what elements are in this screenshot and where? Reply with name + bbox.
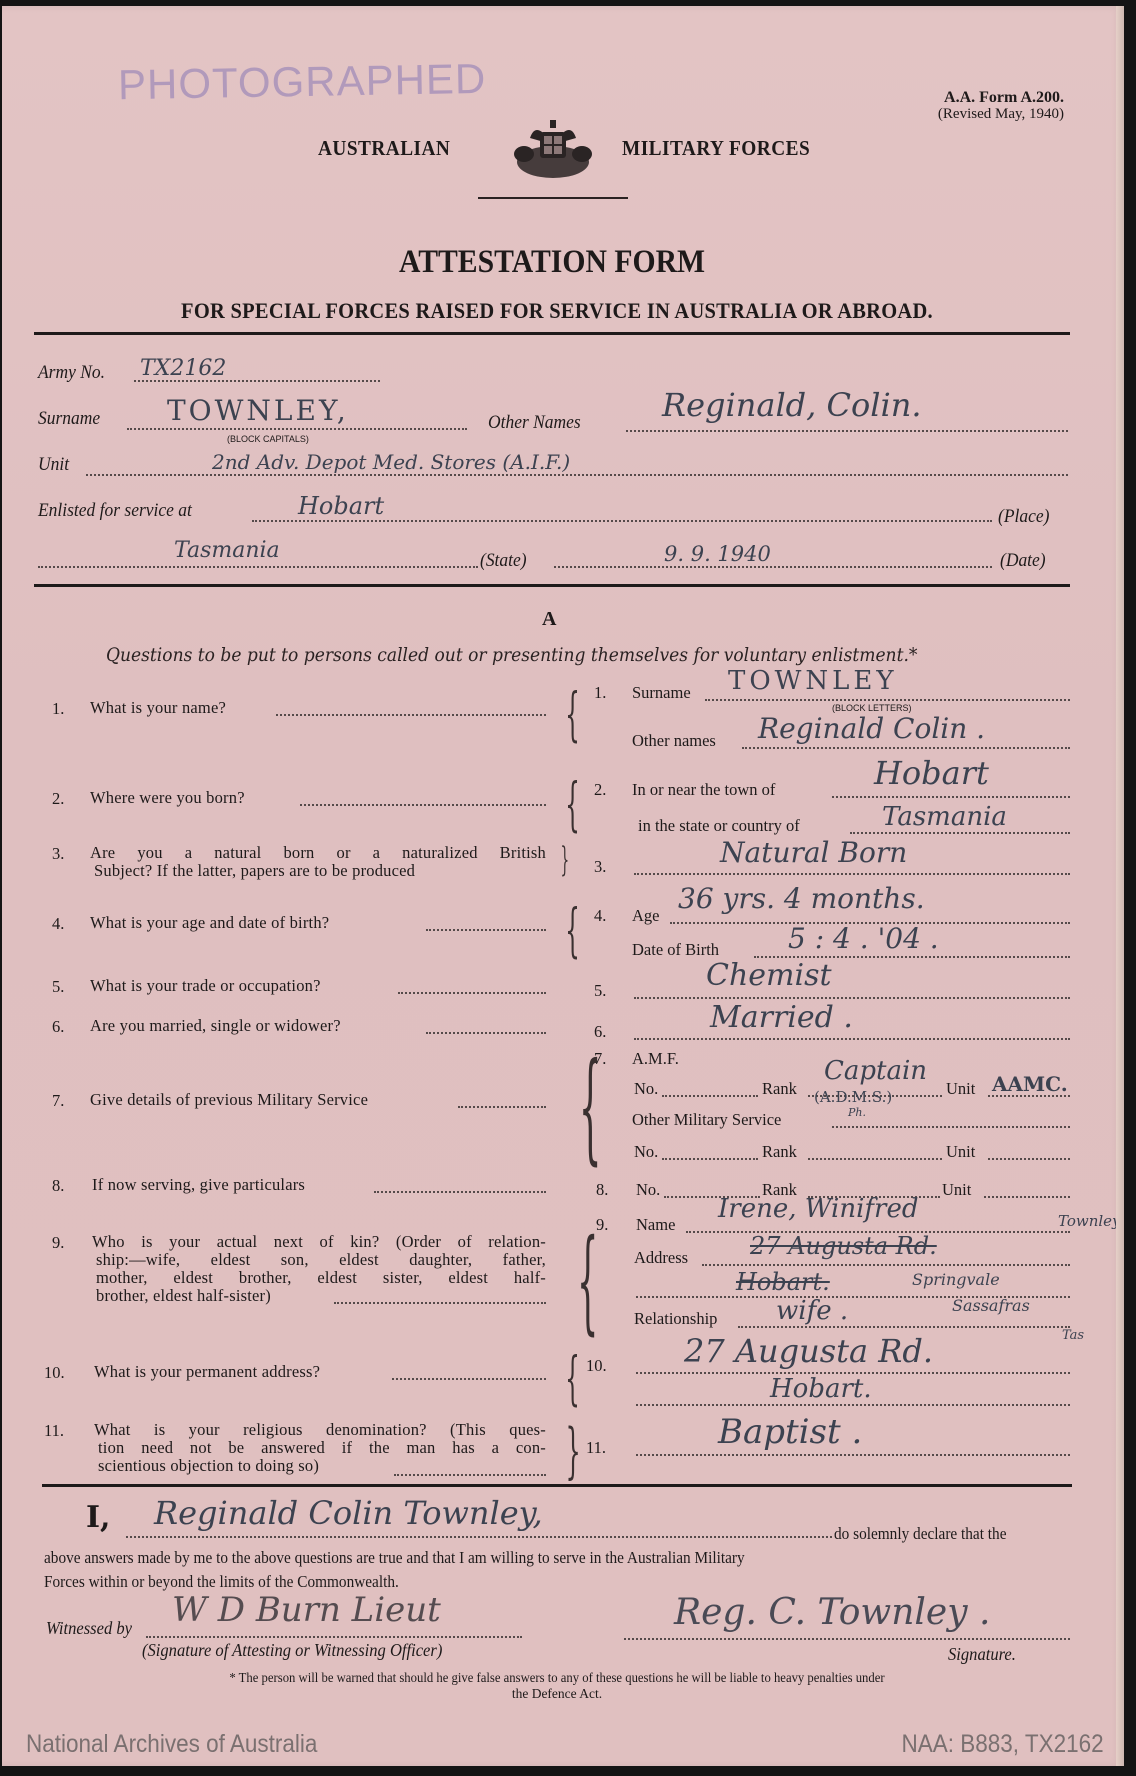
answer-6-value: Married .: [710, 1000, 853, 1035]
question-5: What is your trade or occupation?: [90, 977, 321, 995]
answer-7-no-label: No.: [634, 1079, 658, 1099]
surname-field[interactable]: [127, 428, 467, 430]
witness-caption: (Signature of Attesting or Witnessing Of…: [142, 1640, 442, 1661]
army-no-value: TX2162: [140, 356, 226, 381]
question-7: Give details of previous Military Servic…: [90, 1091, 368, 1109]
header-divider: [478, 197, 628, 199]
question-number: 10.: [44, 1363, 65, 1383]
declaration-text-1: do solemnly declare that the: [834, 1524, 1007, 1544]
answer-9-address-struck-line1: 27 Augusta Rd.: [750, 1232, 937, 1260]
answer-9-address-new-line3: Tas: [1062, 1328, 1084, 1343]
answer-number: 7.: [594, 1049, 606, 1069]
question-leader: [334, 1302, 546, 1304]
answer-9-address-new-line1: Springvale: [912, 1270, 1000, 1289]
answer-number: 6.: [594, 1022, 606, 1042]
brace-icon: {: [565, 680, 580, 748]
answer-7-no-field[interactable]: [662, 1095, 758, 1097]
answer-2-state-label: in the state or country of: [638, 816, 800, 836]
question-3-line2: Subject? If the latter, papers are to be…: [90, 862, 546, 880]
answer-number: 8.: [596, 1180, 608, 1200]
answer-2-state-value: Tasmania: [882, 802, 1007, 832]
section-a-heading: A: [542, 608, 556, 631]
form-number: A.A. Form A.200.: [938, 90, 1064, 106]
answer-1-surname-value: TOWNLEY: [728, 666, 898, 696]
answer-9-name-suffix: Townley: [1058, 1212, 1121, 1230]
answer-9-name-label: Name: [636, 1215, 675, 1235]
archive-institution: National Archives of Australia: [26, 1730, 317, 1759]
answer-5-value: Chemist: [706, 958, 832, 993]
answer-9-relationship-field[interactable]: [738, 1326, 1070, 1328]
other-names-value: Reginald, Colin.: [662, 386, 922, 424]
question-number: 9.: [52, 1233, 64, 1253]
question-leader: [392, 1378, 546, 1380]
answer-4-age-label: Age: [632, 906, 660, 926]
question-leader: [374, 1191, 546, 1193]
brace-icon: }: [560, 840, 569, 880]
answer-number: 4.: [594, 906, 606, 926]
question-number: 5.: [52, 977, 64, 997]
answer-11-field[interactable]: [636, 1454, 1070, 1456]
question-leader: [458, 1106, 546, 1108]
enlisted-label: Enlisted for service at: [38, 500, 192, 522]
question-leader: [398, 992, 546, 994]
answer-2-town-value: Hobart: [874, 754, 989, 792]
brace-icon: {: [565, 1344, 580, 1412]
answer-9-address-struck-line2: Hobart.: [736, 1268, 830, 1296]
header-australian: AUSTRALIAN: [318, 136, 450, 161]
answer-1-surname-field[interactable]: [705, 699, 1070, 701]
signature-field[interactable]: [624, 1638, 1070, 1640]
surname-value: TOWNLEY,: [167, 394, 349, 427]
question-8: If now serving, give particulars: [92, 1176, 305, 1194]
answer-7-amf-label: A.M.F.: [632, 1049, 679, 1069]
answer-3-value: Natural Born: [720, 836, 907, 869]
answer-8-no-label: No.: [636, 1180, 660, 1200]
answer-5-field[interactable]: [634, 997, 1070, 999]
brace-icon: {: [577, 1216, 598, 1346]
answer-8-unit-field[interactable]: [984, 1196, 1070, 1198]
witness-signature-field[interactable]: [146, 1636, 522, 1638]
answer-10-line2: Hobart.: [770, 1374, 872, 1404]
answer-6-field[interactable]: [634, 1038, 1070, 1040]
other-names-field[interactable]: [626, 430, 1068, 432]
brace-icon: }: [565, 1416, 580, 1486]
answer-number: 10.: [586, 1356, 607, 1376]
answer-7-rank2-label: Rank: [762, 1142, 797, 1162]
surname-label: Surname: [38, 408, 100, 430]
answer-2-state-field[interactable]: [850, 832, 1070, 834]
answer-number: 2.: [594, 780, 606, 800]
answer-3-field[interactable]: [634, 873, 1070, 875]
question-leader: [426, 1032, 546, 1034]
enlisted-place-field[interactable]: [252, 520, 992, 522]
answer-9-address-field[interactable]: [702, 1264, 1070, 1266]
answer-4-dob-value: 5 : 4 . '04 .: [788, 922, 939, 955]
state-field[interactable]: [38, 566, 478, 568]
form-number-block: A.A. Form A.200. (Revised May, 1940): [938, 90, 1064, 122]
question-number: 8.: [52, 1176, 64, 1196]
answer-9-name-value: Irene, Winifred: [718, 1194, 918, 1224]
answer-7-rank-initials: Ph.: [848, 1106, 866, 1119]
section-a-intro: Questions to be put to persons called ou…: [106, 644, 917, 666]
enlisted-place-value: Hobart: [298, 492, 384, 520]
question-leader: [276, 714, 546, 716]
answer-number: 3.: [594, 857, 606, 877]
brace-icon: {: [565, 770, 580, 838]
answer-9-relationship-value: wife .: [776, 1296, 848, 1326]
answer-2-town-field[interactable]: [832, 796, 1070, 798]
answer-number: 9.: [596, 1215, 608, 1235]
enlistee-signature: Reg. C. Townley .: [674, 1592, 990, 1633]
question-11-line1: What is your religious denomination? (Th…: [94, 1421, 546, 1439]
answer-number: 11.: [586, 1438, 606, 1458]
particulars-rule: [34, 584, 1070, 587]
answer-1-surname-label: Surname: [632, 683, 691, 703]
answer-1-other-names-label: Other names: [632, 731, 716, 751]
answer-7-rank-value: Captain: [824, 1056, 927, 1086]
declaration-text-3: Forces within or beyond the limits of th…: [44, 1572, 399, 1592]
declaration-prefix: I,: [86, 1500, 110, 1535]
form-revision: (Revised May, 1940): [938, 106, 1064, 122]
question-number: 3.: [52, 844, 64, 864]
archive-reference: NAA: B883, TX2162: [902, 1730, 1104, 1759]
block-capitals-note: (BLOCK CAPITALS): [227, 434, 309, 444]
witness-signature: W D Burn Lieut: [172, 1590, 441, 1630]
question-1: What is your name?: [90, 699, 226, 717]
answer-7-other-service-field[interactable]: [832, 1126, 1070, 1128]
answer-7-other-service-label: Other Military Service: [632, 1110, 781, 1130]
answer-number: 1.: [594, 683, 606, 703]
answer-2-town-label: In or near the town of: [632, 780, 775, 800]
question-11: What is your religious denomination? (Th…: [94, 1421, 546, 1475]
question-10: What is your permanent address?: [94, 1363, 320, 1381]
date-field[interactable]: [554, 566, 992, 568]
question-number: 6.: [52, 1017, 64, 1037]
question-9-line1: Who is your actual next of kin? (Order o…: [92, 1233, 546, 1251]
unit-label: Unit: [38, 454, 69, 476]
answer-4-dob-label: Date of Birth: [632, 940, 719, 960]
question-leader: [426, 929, 546, 931]
question-9: Who is your actual next of kin? (Order o…: [92, 1233, 546, 1305]
page-subtitle: FOR SPECIAL FORCES RAISED FOR SERVICE IN…: [41, 298, 1073, 324]
question-2: Where were you born?: [90, 789, 245, 807]
answer-number: 5.: [594, 981, 606, 1001]
answer-7-no2-field[interactable]: [662, 1158, 758, 1160]
question-number: 1.: [52, 699, 64, 719]
answer-7-unit-label: Unit: [946, 1079, 975, 1099]
unit-value: 2nd Adv. Depot Med. Stores (A.I.F.): [212, 450, 570, 474]
question-number: 11.: [44, 1421, 64, 1441]
declarant-name-value: Reginald Colin Townley,: [154, 1494, 543, 1532]
answer-10-field-2[interactable]: [636, 1404, 1070, 1406]
answer-1-other-names-value: Reginald Colin .: [758, 712, 985, 745]
army-no-label: Army No.: [38, 362, 105, 384]
section-a-rule: [42, 1484, 1072, 1487]
answer-7-unit2-field[interactable]: [988, 1158, 1070, 1160]
answer-11-value: Baptist .: [718, 1412, 862, 1452]
answer-8-unit-label: Unit: [942, 1180, 971, 1200]
answer-7-rank-label: Rank: [762, 1079, 797, 1099]
question-9-line3: mother, eldest brother, eldest sister, e…: [92, 1269, 546, 1287]
date-label: (Date): [1000, 550, 1046, 572]
date-value: 9. 9. 1940: [664, 542, 771, 566]
place-label: (Place): [998, 506, 1049, 528]
answer-9-address-new-line2: Sassafras: [952, 1296, 1030, 1315]
question-6: Are you married, single or widower?: [90, 1017, 341, 1035]
question-9-line2: ship:—wife, eldest son, eldest daughter,…: [92, 1251, 546, 1269]
state-label: (State): [480, 550, 527, 572]
question-4: What is your age and date of birth?: [90, 914, 329, 932]
answer-9-address-label: Address: [634, 1248, 688, 1268]
question-number: 7.: [52, 1091, 64, 1111]
answer-7-unit2-label: Unit: [946, 1142, 975, 1162]
answer-7-rank-note: (A.D.M.S.): [814, 1088, 892, 1106]
brace-icon: {: [565, 896, 580, 964]
answer-7-rank2-field[interactable]: [808, 1158, 942, 1160]
question-leader: [300, 804, 546, 806]
page-title: ATTESTATION FORM: [57, 244, 1047, 281]
declaration-text-2: above answers made by me to the above qu…: [44, 1548, 1065, 1568]
question-3-line1: Are you a natural born or a naturalized …: [90, 844, 546, 862]
question-number: 2.: [52, 789, 64, 809]
header-military-forces: MILITARY FORCES: [622, 136, 810, 161]
question-11-line2: tion need not be answered if the man has…: [94, 1439, 546, 1457]
question-number: 4.: [52, 914, 64, 934]
photographed-stamp: PHOTOGRAPHED: [118, 55, 487, 109]
answer-1-other-names-field[interactable]: [742, 747, 1070, 749]
question-3: Are you a natural born or a naturalized …: [90, 844, 546, 880]
unit-field[interactable]: [86, 474, 1068, 476]
other-names-label: Other Names: [488, 412, 581, 434]
attestation-form-page: PHOTOGRAPHED A.A. Form A.200. (Revised M…: [2, 6, 1124, 1766]
answer-4-age-value: 36 yrs. 4 months.: [678, 882, 925, 915]
footnote-line-2: the Defence Act.: [2, 1686, 1112, 1702]
declarant-name-field[interactable]: [126, 1536, 832, 1538]
witnessed-by-label: Witnessed by: [46, 1618, 132, 1639]
question-11-line3: scientious objection to doing so): [94, 1457, 546, 1475]
answer-10-line1: 27 Augusta Rd.: [684, 1332, 933, 1370]
question-leader: [394, 1474, 546, 1476]
title-rule: [34, 332, 1070, 335]
coat-of-arms-icon: [510, 118, 596, 182]
signature-caption: Signature.: [948, 1644, 1016, 1665]
answer-9-relationship-label: Relationship: [634, 1309, 717, 1329]
footnote-line-1: * The person will be warned that should …: [35, 1670, 1078, 1686]
answer-7-no2-label: No.: [634, 1142, 658, 1162]
answer-7-unit-value: AAMC.: [992, 1072, 1068, 1096]
state-value: Tasmania: [174, 538, 280, 563]
